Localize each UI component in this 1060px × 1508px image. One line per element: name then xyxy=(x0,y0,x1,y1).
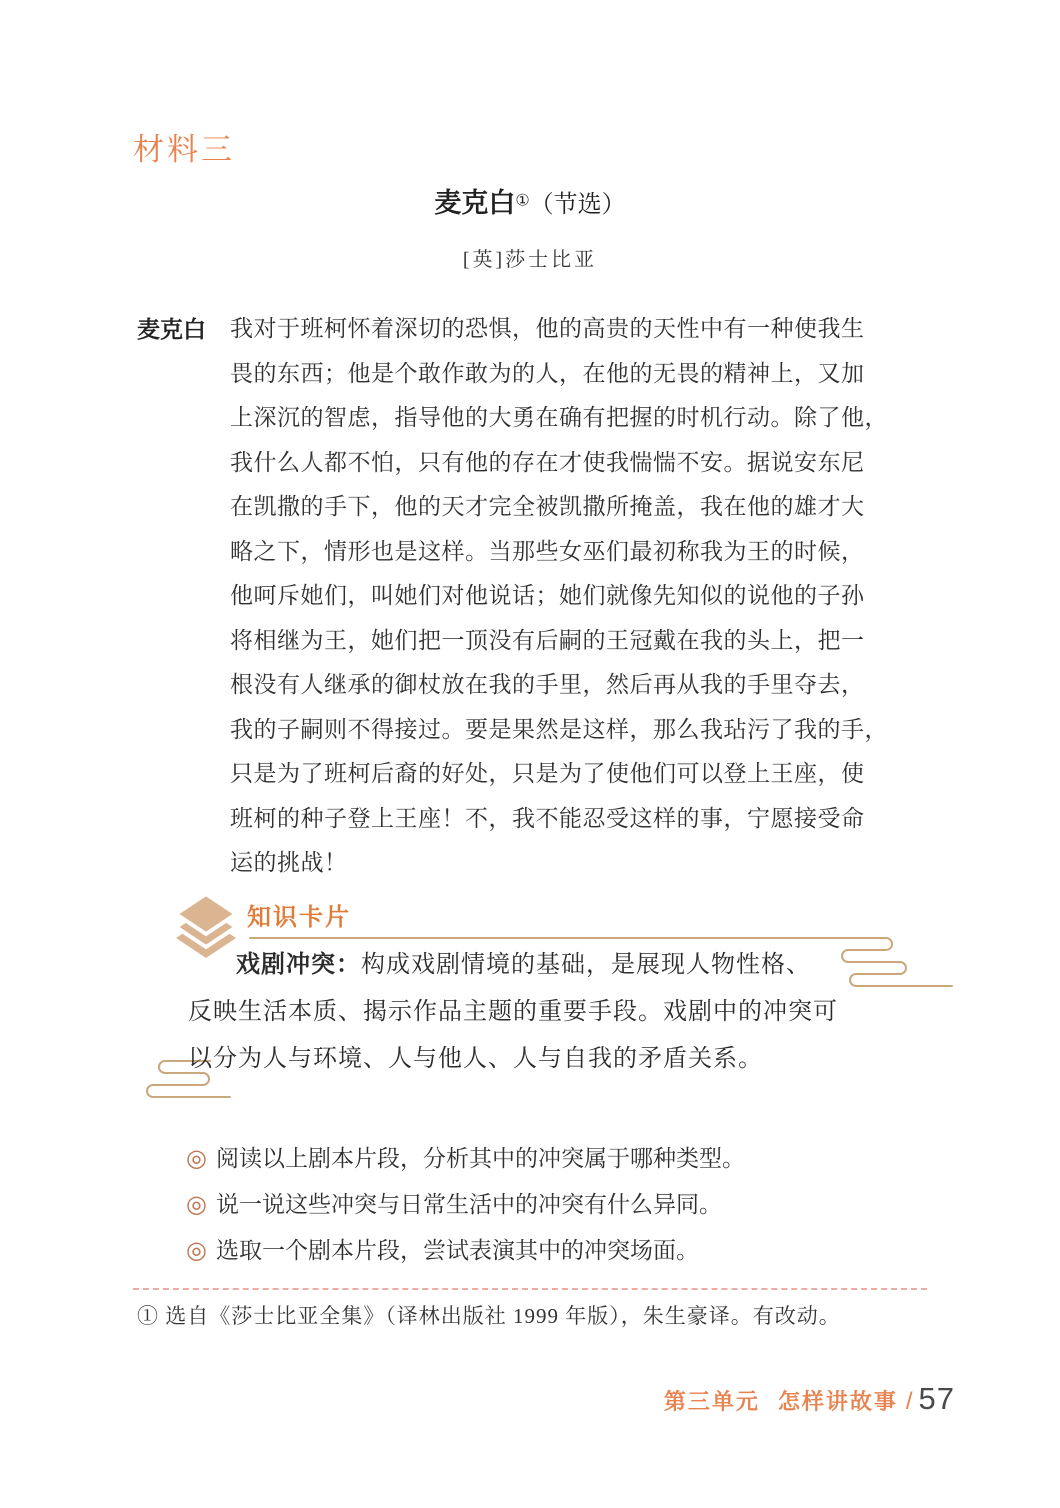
dialogue-line: 将相继为王，她们把一顶没有后嗣的王冠戴在我的头上，把一 xyxy=(230,619,903,664)
dialogue-line: 根没有人继承的御杖放在我的手里，然后再从我的手里夺去， xyxy=(230,663,903,708)
knowledge-card-definition: 构成戏剧情境的基础，是展现人物性格、 xyxy=(361,952,811,978)
knowledge-card-body: 戏剧冲突：构成戏剧情境的基础，是展现人物性格、 反映生活本质、揭示作品主题的重要… xyxy=(188,942,804,1083)
question-text: 阅读以上剧本片段，分析其中的冲突属于哪种类型。 xyxy=(216,1146,745,1171)
footnote-text: ① 选自《莎士比亚全集》（译林出版社 1999 年版），朱生豪译。有改动。 xyxy=(137,1300,927,1330)
page-number: 57 xyxy=(919,1381,955,1417)
dialogue-line: 上深沉的智虑，指导他的大勇在确有把握的时机行动。除了他， xyxy=(230,396,903,441)
author-line: [英]莎士比亚 xyxy=(133,243,927,272)
footnote-divider xyxy=(133,1288,927,1290)
dialogue-line: 我什么人都不怕，只有他的存在才使我惴惴不安。据说安东尼 xyxy=(230,441,903,486)
dialogue-paragraph: 麦克白 我对于班柯怀着深切的恐惧，他的高贵的天性中有一种使我生 畏的东西；他是个… xyxy=(137,307,903,886)
dialogue-line: 略之下，情形也是这样。当那些女巫们最初称我为王的时候， xyxy=(230,530,903,575)
question-item: ◎阅读以上剧本片段，分析其中的冲突属于哪种类型。 xyxy=(186,1136,745,1182)
page-footer: 第三单元 怎样讲故事 / 57 xyxy=(664,1381,955,1417)
question-text: 选取一个剧本片段，尝试表演其中的冲突场面。 xyxy=(216,1238,699,1263)
dialogue-line: 在凯撒的手下，他的天才完全被凯撒所掩盖，我在他的雄才大 xyxy=(230,485,903,530)
textbook-page: 材料三 麦克白①（节选） [英]莎士比亚 麦克白 我对于班柯怀着深切的恐惧，他的… xyxy=(0,0,1060,1508)
dialogue-line: 班柯的种子登上王座！不，我不能忍受这样的事，宁愿接受命 xyxy=(230,797,903,842)
question-item: ◎说一说这些冲突与日常生活中的冲突有什么异同。 xyxy=(186,1182,745,1228)
title-block: 麦克白①（节选） xyxy=(133,181,927,220)
knowledge-card-term: 戏剧冲突： xyxy=(236,952,361,978)
footer-chapter-label: 怎样讲故事 xyxy=(778,1385,898,1416)
footnote-reference-mark: ① xyxy=(515,193,529,210)
question-text: 说一说这些冲突与日常生活中的冲突有什么异同。 xyxy=(216,1192,722,1217)
dialogue-line: 只是为了班柯后裔的好处，只是为了使他们可以登上王座，使 xyxy=(230,752,903,797)
bullseye-bullet-icon: ◎ xyxy=(186,1238,207,1264)
dialogue-line: 畏的东西；他是个敢作敢为的人，在他的无畏的精神上，又加 xyxy=(230,352,903,397)
title-text: 麦克白 xyxy=(434,188,515,218)
footer-separator: / xyxy=(906,1388,913,1416)
knowledge-card-line: 以分为人与环境、人与他人、人与自我的矛盾关系。 xyxy=(188,1036,804,1083)
bullseye-bullet-icon: ◎ xyxy=(186,1146,207,1172)
knowledge-card-line: 反映生活本质、揭示作品主题的重要手段。戏剧中的冲突可 xyxy=(188,989,804,1036)
question-list: ◎阅读以上剧本片段，分析其中的冲突属于哪种类型。 ◎说一说这些冲突与日常生活中的… xyxy=(186,1136,745,1274)
material-section-label: 材料三 xyxy=(133,124,235,169)
footer-unit-label: 第三单元 xyxy=(664,1385,760,1416)
speaker-label: 麦克白 xyxy=(137,307,230,886)
dialogue-line: 我对于班柯怀着深切的恐惧，他的高贵的天性中有一种使我生 xyxy=(230,307,903,352)
dialogue-text: 我对于班柯怀着深切的恐惧，他的高贵的天性中有一种使我生 畏的东西；他是个敢作敢为… xyxy=(230,307,903,886)
knowledge-card-line: 戏剧冲突：构成戏剧情境的基础，是展现人物性格、 xyxy=(188,942,804,989)
dialogue-line: 运的挑战！ xyxy=(230,841,903,886)
bullseye-bullet-icon: ◎ xyxy=(186,1192,207,1218)
question-item: ◎选取一个剧本片段，尝试表演其中的冲突场面。 xyxy=(186,1228,745,1274)
title-suffix: （节选） xyxy=(530,192,626,218)
dialogue-line: 我的子嗣则不得接过。要是果然是这样，那么我玷污了我的手， xyxy=(230,708,903,753)
dialogue-line: 他呵斥她们，叫她们对他说话；她们就像先知似的说他的子孙 xyxy=(230,574,903,619)
